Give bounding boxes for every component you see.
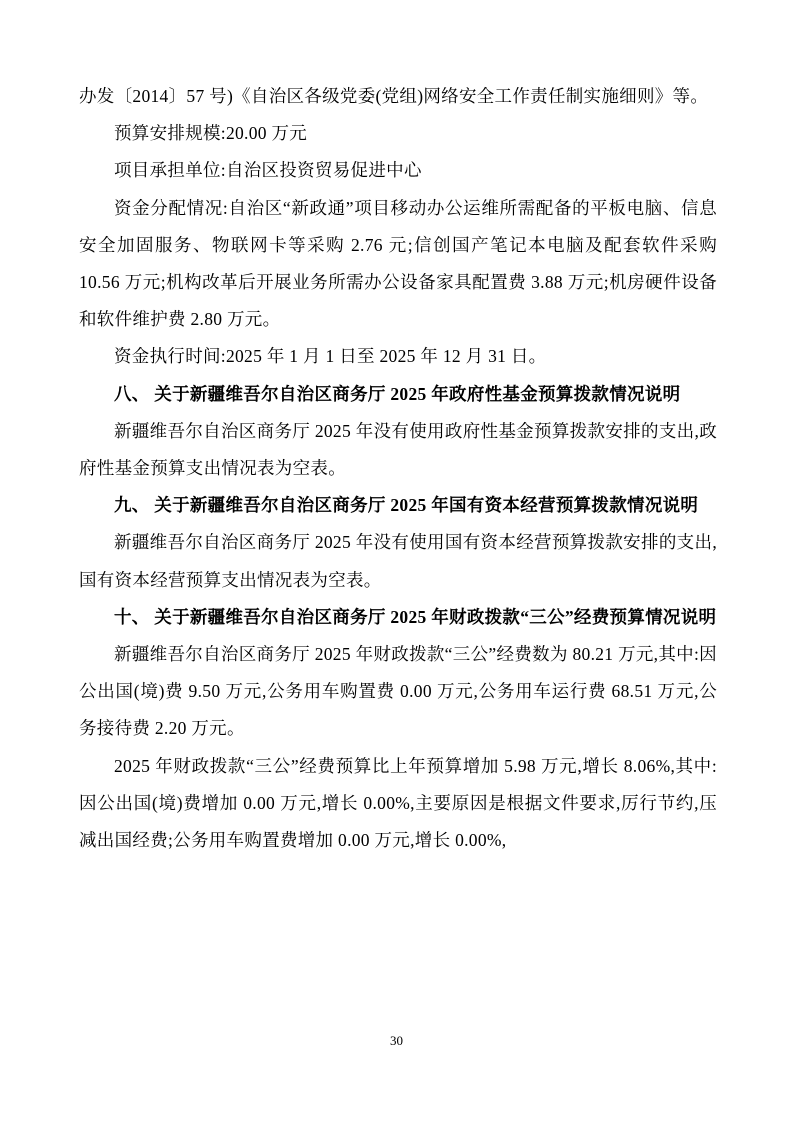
paragraph: 资金执行时间:2025 年 1 月 1 日至 2025 年 12 月 31 日。 xyxy=(79,338,717,375)
paragraph: 资金分配情况:自治区“新政通”项目移动办公运维所需配备的平板电脑、信息安全加固服… xyxy=(79,190,717,339)
paragraph: 2025 年财政拨款“三公”经费预算比上年预算增加 5.98 万元,增长 8.0… xyxy=(79,748,717,860)
section-heading: 八、 关于新疆维吾尔自治区商务厅 2025 年政府性基金预算拨款情况说明 xyxy=(79,376,717,413)
paragraph: 预算安排规模:20.00 万元 xyxy=(79,115,717,152)
page-footer: 30 xyxy=(0,1031,793,1051)
paragraph: 新疆维吾尔自治区商务厅 2025 年没有使用政府性基金预算拨款安排的支出,政府性… xyxy=(79,413,717,487)
paragraph: 办发〔2014〕57 号)《自治区各级党委(党组)网络安全工作责任制实施细则》等… xyxy=(79,78,717,115)
document-body: 办发〔2014〕57 号)《自治区各级党委(党组)网络安全工作责任制实施细则》等… xyxy=(79,78,717,859)
paragraph: 新疆维吾尔自治区商务厅 2025 年没有使用国有资本经营预算拨款安排的支出,国有… xyxy=(79,524,717,598)
page-number: 30 xyxy=(390,1033,403,1048)
paragraph: 项目承担单位:自治区投资贸易促进中心 xyxy=(79,152,717,189)
section-heading: 九、 关于新疆维吾尔自治区商务厅 2025 年国有资本经营预算拨款情况说明 xyxy=(79,487,717,524)
paragraph: 新疆维吾尔自治区商务厅 2025 年财政拨款“三公”经费数为 80.21 万元,… xyxy=(79,636,717,748)
section-heading: 十、 关于新疆维吾尔自治区商务厅 2025 年财政拨款“三公”经费预算情况说明 xyxy=(79,599,717,636)
document-page: 办发〔2014〕57 号)《自治区各级党委(党组)网络安全工作责任制实施细则》等… xyxy=(0,0,793,1122)
